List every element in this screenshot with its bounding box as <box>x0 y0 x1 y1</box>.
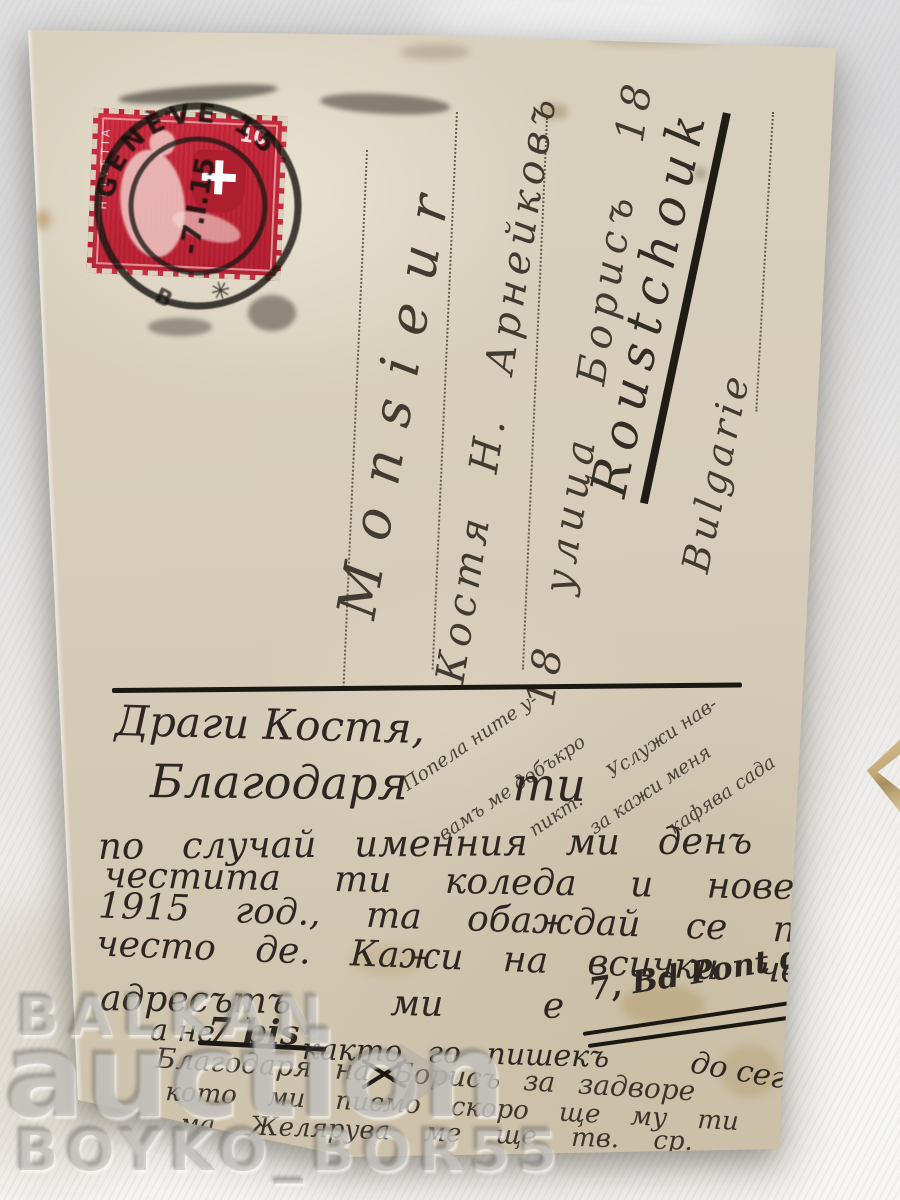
postmark-date: -7.I.15 <box>174 155 222 257</box>
ink-smudge <box>320 91 451 118</box>
stain <box>34 210 51 229</box>
watermark-username: BOYKO_BOR55 <box>14 1116 564 1184</box>
address-country: Bulgarie <box>673 367 759 576</box>
stain <box>590 32 720 46</box>
stain <box>400 44 470 60</box>
message-line: Благодаря ти <box>150 754 586 812</box>
dotted-address-line <box>755 112 774 412</box>
card-edge-highlight <box>26 30 84 1104</box>
postmark-bottom-letter: B <box>150 284 176 314</box>
message-salutation: Драги Костя, <box>114 696 425 753</box>
separator-line <box>112 683 742 693</box>
